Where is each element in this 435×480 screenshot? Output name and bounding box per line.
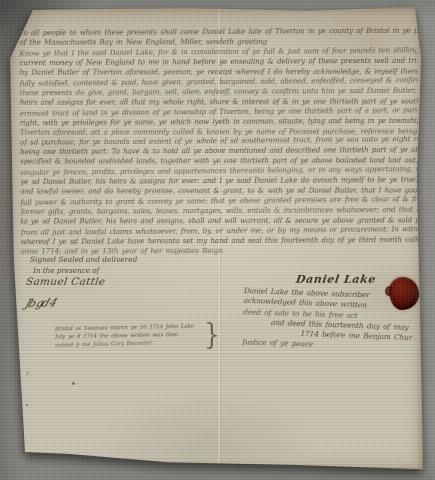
wax-seal-drip [385,286,393,296]
red-wax-seal [389,277,419,310]
ink-speck [346,156,348,158]
recorder-attestation-block: Bristol ss Swansea march ye 16 1714 John… [55,322,205,349]
faint-ink-mark: r [26,370,29,378]
daniel-lake-signature: Daniel Lake [295,273,377,286]
deed-body-text: To all people to whom these presents sha… [19,26,418,257]
photograph-backdrop: To all people to whom these presents sha… [0,0,435,480]
presence-line: In the presence of [33,266,99,275]
attestation-brace: } [204,318,220,351]
ink-speck [72,382,75,385]
paper-shadow-wrap: To all people to whom these presents sha… [8,6,424,472]
witness-signature: Samuel Cattle [25,276,106,288]
manuscript-paper: To all people to whom these presents sha… [8,6,424,472]
witness-mark-scribble: Jb gd 4 [23,296,57,310]
acknowledgment-block: Daniel Lake the above subscriberacknowle… [242,286,414,354]
signed-sealed-line: Signed Sealed and delivered [30,255,137,264]
ink-speck [26,404,28,406]
